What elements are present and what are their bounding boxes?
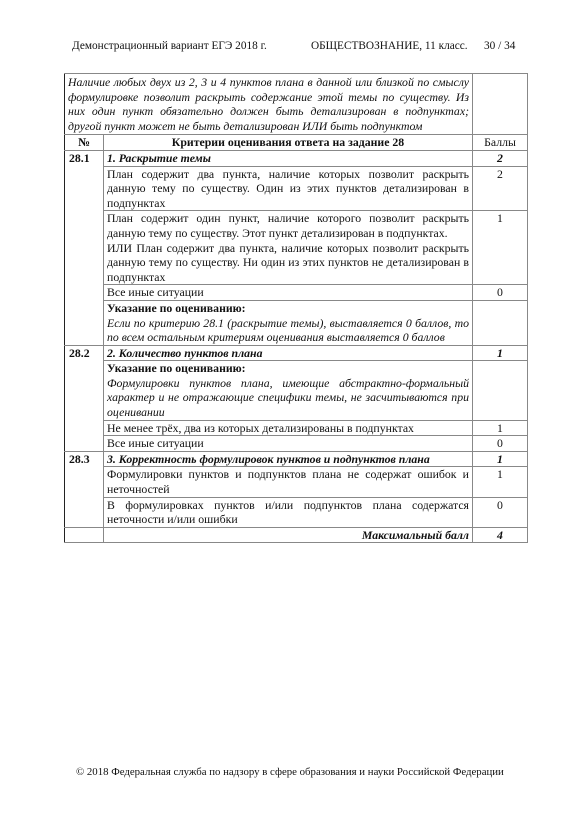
col-header-num: № [65, 135, 104, 151]
criterion-text: План содержит один пункт, наличие которо… [104, 211, 473, 285]
table-header-row: № Критерии оценивания ответа на задание … [65, 135, 528, 151]
table-row: Формулировки пунктов и подпунктов плана … [65, 467, 528, 497]
intro-note: Наличие любых двух из 2, 3 и 4 пунктов п… [65, 74, 473, 135]
criterion-score: 0 [473, 285, 528, 301]
grading-note-title: Указание по оцениванию: [107, 301, 469, 316]
page-number: 30 / 34 [484, 40, 515, 52]
grading-note: Указание по оцениванию: Формулировки пун… [104, 361, 473, 420]
criterion-score: 1 [473, 211, 528, 285]
copyright-footer: © 2018 Федеральная служба по надзору в с… [76, 766, 504, 778]
criterion-text-part1: План содержит один пункт, наличие которо… [107, 211, 469, 240]
grading-note: Указание по оцениванию: Если по критерию… [104, 300, 473, 345]
criterion-max-score: 1 [473, 345, 528, 361]
total-label: Максимальный балл [104, 527, 473, 543]
grading-note-text: Формулировки пунктов плана, имеющие абст… [107, 376, 469, 420]
criterion-text: Не менее трёх, два из которых детализиро… [104, 420, 473, 436]
table-row: План содержит один пункт, наличие которо… [65, 211, 528, 285]
criterion-number: 28.2 [65, 345, 104, 451]
criterion-score: 0 [473, 497, 528, 527]
criterion-max-score: 1 [473, 451, 528, 467]
criterion-text: План содержит два пункта, наличие которы… [104, 166, 473, 211]
total-value: 4 [473, 527, 528, 543]
criteria-table: Наличие любых двух из 2, 3 и 4 пунктов п… [64, 73, 528, 543]
grading-note-text: Если по критерию 28.1 (раскрытие темы), … [107, 316, 469, 345]
criterion-score: 1 [473, 420, 528, 436]
criterion-title-row: 28.1 1. Раскрытие темы 2 [65, 150, 528, 166]
criterion-number: 28.3 [65, 451, 104, 527]
table-row: План содержит два пункта, наличие которы… [65, 166, 528, 211]
criterion-score: 0 [473, 436, 528, 452]
note-row: Указание по оцениванию: Если по критерию… [65, 300, 528, 345]
criterion-text: В формулировках пунктов и/или подпунктов… [104, 497, 473, 527]
criterion-score: 1 [473, 467, 528, 497]
criterion-text-part2: ИЛИ План содержит два пункта, наличие ко… [107, 241, 469, 285]
doc-header-subject: ОБЩЕСТВОЗНАНИЕ, 11 класс. [311, 40, 468, 52]
grading-note-title: Указание по оцениванию: [107, 361, 469, 376]
criterion-title-row: 28.2 2. Количество пунктов плана 1 [65, 345, 528, 361]
intro-row: Наличие любых двух из 2, 3 и 4 пунктов п… [65, 74, 528, 135]
table-row: Все иные ситуации 0 [65, 285, 528, 301]
table-row: Все иные ситуации 0 [65, 436, 528, 452]
criterion-title: 1. Раскрытие темы [104, 150, 473, 166]
criterion-title: 2. Количество пунктов плана [104, 345, 473, 361]
criterion-number: 28.1 [65, 150, 104, 345]
col-header-score: Баллы [473, 135, 528, 151]
table-row: В формулировках пунктов и/или подпунктов… [65, 497, 528, 527]
criterion-text: Все иные ситуации [104, 285, 473, 301]
table-row: Не менее трёх, два из которых детализиро… [65, 420, 528, 436]
criterion-title-row: 28.3 3. Корректность формулировок пункто… [65, 451, 528, 467]
col-header-criteria: Критерии оценивания ответа на задание 28 [104, 135, 473, 151]
doc-header-title: Демонстрационный вариант ЕГЭ 2018 г. [72, 40, 267, 52]
note-row: Указание по оцениванию: Формулировки пун… [65, 361, 528, 420]
criterion-text: Формулировки пунктов и подпунктов плана … [104, 467, 473, 497]
criterion-max-score: 2 [473, 150, 528, 166]
criterion-text: Все иные ситуации [104, 436, 473, 452]
criterion-title: 3. Корректность формулировок пунктов и п… [104, 451, 473, 467]
criterion-score: 2 [473, 166, 528, 211]
total-row: Максимальный балл 4 [65, 527, 528, 543]
